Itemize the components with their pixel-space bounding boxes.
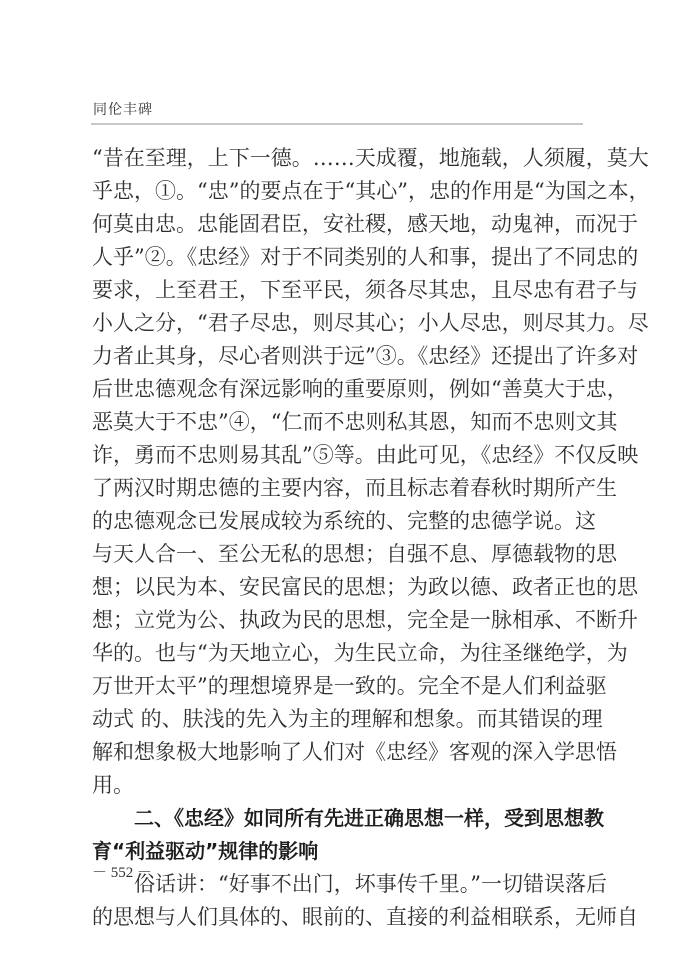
body-line: 解和想象极大地影响了人们对《忠经》客观的深入学思悟: [92, 736, 586, 769]
body-line: 小人之分，“君子尽忠，则尽其心；小人尽忠，则尽其力。尽: [92, 307, 586, 340]
body-line: 华的。也与“为天地立心，为生民立命，为往圣继绝学，为: [92, 637, 586, 670]
body-line: 诈，勇而不忠则易其乱”⑤等。由此可见，《忠经》不仅反映: [92, 439, 586, 472]
body-line: 要求，上至君王，下至平民，须各尽其忠，且尽忠有君子与: [92, 274, 586, 307]
body-line: 了两汉时期忠德的主要内容，而且标志着春秋时期所产生: [92, 472, 586, 505]
body-line: 人乎”②。《忠经》对于不同类别的人和事，提出了不同忠的: [92, 241, 586, 274]
body-line: 何莫由忠。忠能固君臣，安社稷，感天地，动鬼神，而况于: [92, 208, 586, 241]
page-number: － 552 －: [92, 861, 152, 882]
body-line: 力者止其身，尽心者则洪于远”③。《忠经》还提出了许多对: [92, 340, 586, 373]
body-line: 的忠德观念已发展成较为系统的、完整的忠德学说。这: [92, 505, 586, 538]
body-line: 想；立党为公、执政为民的思想，完全是一脉相承、不断升: [92, 604, 586, 637]
body-line: 动式 的、肤浅的先入为主的理解和想象。而其错误的理: [92, 703, 586, 736]
body-line: 俗话讲：“好事不出门，坏事传千里。”一切错误落后: [92, 868, 586, 901]
body-line: 与天人合一、至公无私的思想；自强不息、厚德载物的思: [92, 538, 586, 571]
body-line: 后世忠德观念有深远影响的重要原则，例如“善莫大于忠，: [92, 373, 586, 406]
body-line: 用。: [92, 769, 586, 802]
section-heading-line-2: 育“利益驱动”规律的影响: [92, 835, 586, 868]
header-divider: [91, 123, 583, 125]
body-line: 的思想与人们具体的、眼前的、直接的利益相联系，无师自: [92, 901, 586, 934]
body-line: 乎忠，①。“忠”的要点在于“其心”，忠的作用是“为国之本，: [92, 175, 586, 208]
body-line: “昔在至理，上下一德。……天成覆，地施载，人须履，莫大: [92, 142, 586, 175]
running-head: 同伦丰碑: [93, 99, 153, 119]
body-line: 万世开太平”的理想境界是一致的。完全不是人们利益驱: [92, 670, 586, 703]
body-line: 想；以民为本、安民富民的思想；为政以德、政者正也的思: [92, 571, 586, 604]
page-body: “昔在至理，上下一德。……天成覆，地施载，人须履，莫大 乎忠，①。“忠”的要点在…: [92, 142, 586, 934]
body-line: 恶莫大于不忠”④，“仁而不忠则私其恩，知而不忠则文其: [92, 406, 586, 439]
section-heading-line-1: 二、《忠经》如同所有先进正确思想一样，受到思想教: [92, 802, 586, 835]
